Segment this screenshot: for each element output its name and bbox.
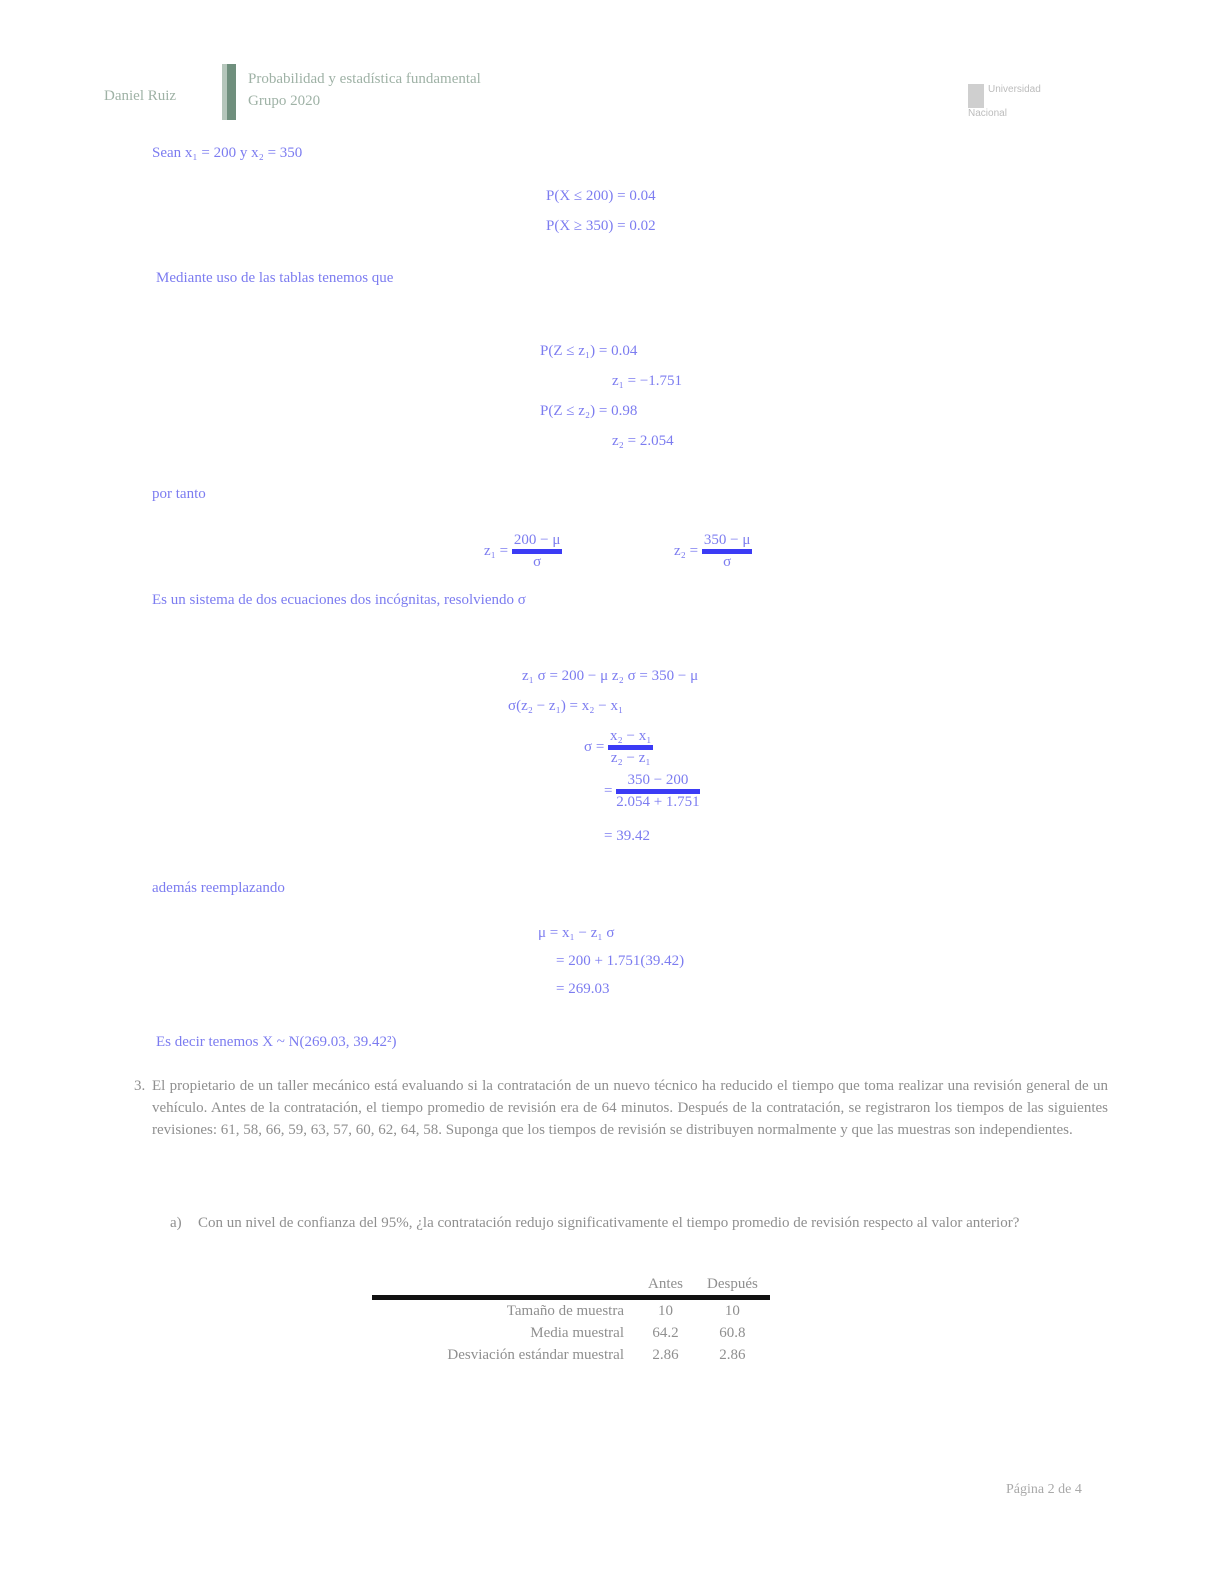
z2-denominator: σ [702, 554, 753, 571]
sigma-substitution: = 350 − 200 2.054 + 1.751 [604, 772, 700, 811]
table-header-blank [372, 1276, 636, 1298]
z-step-1: P(Z ≤ z₁) = 0.04 [540, 343, 637, 360]
course-title: Probabilidad y estadística fundamental [248, 68, 481, 90]
z1-denominator: σ [512, 554, 563, 571]
z1-definition: z₁ = 200 − μ σ [484, 532, 562, 571]
problem-part-a: a) Con un nivel de confianza del 95%, ¿l… [170, 1212, 1108, 1234]
z2-definition: z₂ = 350 − μ σ [674, 532, 752, 571]
cell-antes: 2.86 [636, 1344, 695, 1366]
problem-3: 3. El propietario de un taller mecánico … [152, 1075, 1108, 1141]
table-header-despues: Después [695, 1276, 770, 1298]
row-label: Media muestral [372, 1322, 636, 1344]
por-tanto: por tanto [152, 486, 206, 503]
z2-numerator: 350 − μ [702, 532, 753, 554]
replace-sentence: además reemplazando [152, 880, 285, 897]
page-number: Página 2 de 4 [1006, 1482, 1082, 1498]
sigma-lhs: σ = [584, 739, 604, 755]
sigma-sub-lhs: = [604, 783, 612, 799]
given-prob-2: P(X ≥ 350) = 0.02 [546, 218, 656, 235]
sigma-result: = 39.42 [604, 828, 650, 845]
course-term: Grupo 2020 [248, 90, 481, 112]
university-logo: Universidad Nacional [968, 84, 1076, 128]
z1-lhs: z₁ = [484, 543, 508, 559]
logo-crest-icon [968, 84, 984, 108]
system-line-1: z₁ σ = 200 − μ z₂ σ = 350 − μ [522, 668, 698, 685]
table-row: Desviación estándar muestral 2.86 2.86 [372, 1344, 770, 1366]
given-prob-1: P(X ≤ 200) = 0.04 [546, 188, 656, 205]
sigma-fraction: x₂ − x₁ z₂ − z₁ [608, 728, 653, 767]
z-step-2: z₁ = −1.751 [612, 373, 682, 390]
sigma-sub-numerator: 350 − 200 [616, 772, 699, 794]
system-sentence: Es un sistema de dos ecuaciones dos incó… [152, 592, 526, 609]
z-step-3: P(Z ≤ z₂) = 0.98 [540, 403, 637, 420]
cell-despues: 10 [695, 1298, 770, 1323]
summary-table: Antes Después Tamaño de muestra 10 10 Me… [372, 1276, 770, 1366]
header-accent-bar-light [222, 64, 227, 120]
table-row: Media muestral 64.2 60.8 [372, 1322, 770, 1344]
mu-step-1: μ = x₁ − z₁ σ [538, 925, 614, 942]
cell-antes: 64.2 [636, 1322, 695, 1344]
z1-numerator: 200 − μ [512, 532, 563, 554]
sigma-sub-fraction: 350 − 200 2.054 + 1.751 [616, 772, 699, 811]
part-a-label: a) [170, 1212, 182, 1234]
cell-antes: 10 [636, 1298, 695, 1323]
sigma-numerator: x₂ − x₁ [608, 728, 653, 750]
author-name: Daniel Ruiz [104, 88, 176, 105]
row-label: Desviación estándar muestral [372, 1344, 636, 1366]
solution-conclusion: Es decir tenemos X ~ N(269.03, 39.42²) [156, 1034, 396, 1051]
row-label: Tamaño de muestra [372, 1298, 636, 1323]
part-a-text: Con un nivel de confianza del 95%, ¿la c… [198, 1212, 1108, 1234]
sigma-denominator: z₂ − z₁ [608, 750, 653, 767]
z2-fraction: 350 − μ σ [702, 532, 753, 571]
sigma-sub-denominator: 2.054 + 1.751 [616, 794, 699, 811]
table-header-row: Antes Después [372, 1276, 770, 1298]
mu-step-3: = 269.03 [556, 981, 609, 998]
problem-text: El propietario de un taller mecánico est… [152, 1078, 1108, 1138]
solution-intro: Sean x₁ = 200 y x₂ = 350 [152, 145, 302, 162]
mu-step-2: = 200 + 1.751(39.42) [556, 953, 684, 970]
cell-despues: 2.86 [695, 1344, 770, 1366]
sigma-formula: σ = x₂ − x₁ z₂ − z₁ [584, 728, 653, 767]
z-step-4: z₂ = 2.054 [612, 433, 674, 450]
table-sentence: Mediante uso de las tablas tenemos que [156, 270, 393, 287]
header-title-block: Probabilidad y estadística fundamental G… [248, 68, 481, 112]
cell-despues: 60.8 [695, 1322, 770, 1344]
z1-fraction: 200 − μ σ [512, 532, 563, 571]
table-header-antes: Antes [636, 1276, 695, 1298]
table-row: Tamaño de muestra 10 10 [372, 1298, 770, 1323]
problem-number: 3. [134, 1075, 145, 1097]
z2-lhs: z₂ = [674, 543, 698, 559]
system-line-2: σ(z₂ − z₁) = x₂ − x₁ [508, 698, 623, 715]
